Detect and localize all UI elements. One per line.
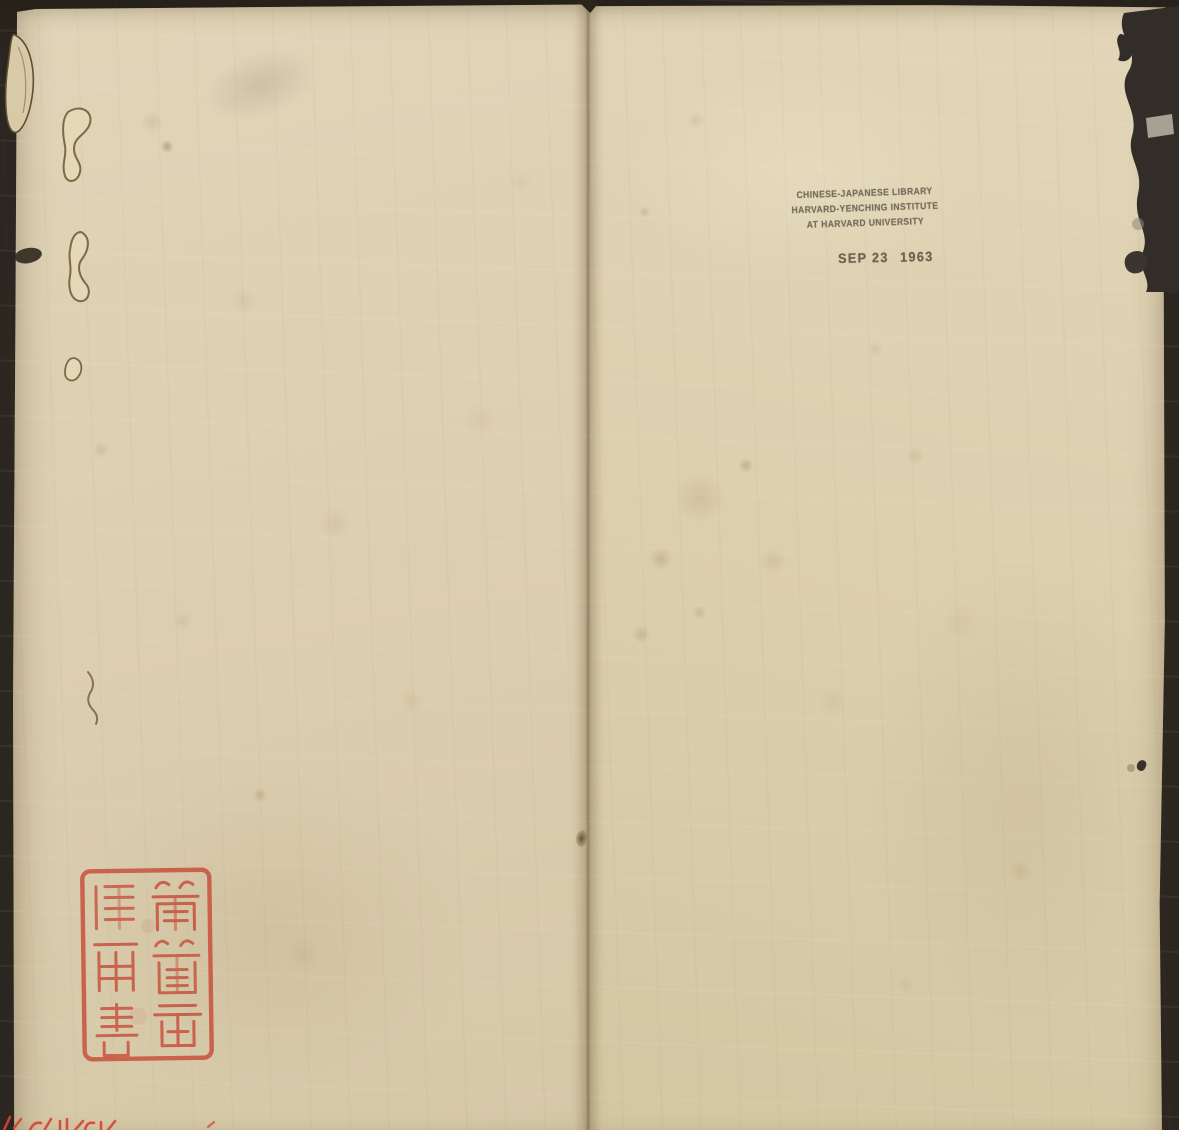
book-scan: CHINESE-JAPANESE LIBRARY HARVARD-YENCHIN… <box>0 0 1179 1130</box>
cover-damage-blob <box>1080 0 1179 300</box>
red-collector-seal <box>78 865 218 1065</box>
red-writing-fragments <box>0 1112 230 1130</box>
library-stamp: CHINESE-JAPANESE LIBRARY HARVARD-YENCHIN… <box>787 184 943 234</box>
date-stamp-year: 1963 <box>900 249 934 265</box>
date-stamp-monthday: SEP 23 <box>838 250 889 266</box>
curled-corner <box>0 25 60 170</box>
date-stamp: SEP 231963 <box>838 249 934 266</box>
worm-damage-trails <box>40 100 130 720</box>
